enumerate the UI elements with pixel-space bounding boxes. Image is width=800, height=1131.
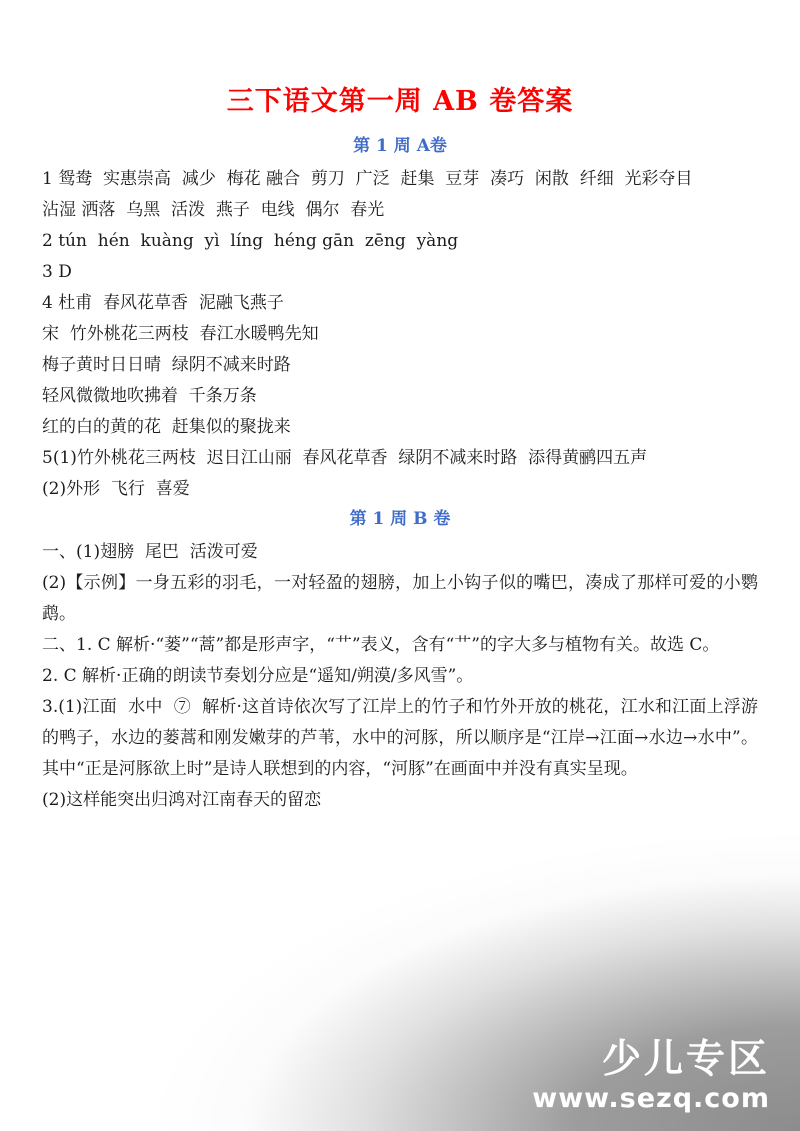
answer-line: 梅子黄时日日晴 绿阴不减来时路: [42, 350, 758, 381]
answer-line: 红的白的黄的花 赶集似的聚拢来: [42, 412, 758, 443]
answer-line: 3.(1)江面 水中 ⑦ 解析·这首诗依次写了江岸上的竹子和竹外开放的桃花，江水…: [42, 692, 758, 785]
answer-line: 4 杜甫 春风花草香 泥融飞燕子: [42, 288, 758, 319]
document-page: 三下语文第一周 AB 卷答案 第 1 周 A卷 1 鸳鸯 实惠崇高 减少 梅花 …: [0, 0, 800, 1131]
answer-line: 2. C 解析·正确的朗读节奏划分应是“遥知/朔漠/多风雪”。: [42, 661, 758, 692]
answer-line: 1 鸳鸯 实惠崇高 减少 梅花 融合 剪刀 广泛 赶集 豆芽 凑巧 闲散 纤细 …: [42, 164, 758, 195]
answer-line: 宋 竹外桃花三两枝 春江水暖鸭先知: [42, 319, 758, 350]
watermark: 少儿专区 www.sezq.com: [532, 1037, 770, 1115]
answer-line: (2)外形 飞行 喜爱: [42, 474, 758, 505]
section-b-answers: 一、(1)翅膀 尾巴 活泼可爱 (2)【示例】一身五彩的羽毛，一对轻盈的翅膀，加…: [42, 537, 758, 816]
answer-line: 沾湿 洒落 乌黑 活泼 燕子 电线 偶尔 春光: [42, 195, 758, 226]
section-heading-week1-b: 第 1 周 B 卷: [42, 507, 758, 531]
answer-line: (2)这样能突出归鸿对江南春天的留恋: [42, 785, 758, 816]
section-a-answers: 1 鸳鸯 实惠崇高 减少 梅花 融合 剪刀 广泛 赶集 豆芽 凑巧 闲散 纤细 …: [42, 164, 758, 505]
answer-line: 3 D: [42, 257, 758, 288]
answer-line: 二、1. C 解析·“蒌”“蒿”都是形声字，“艹”表义，含有“艹”的字大多与植物…: [42, 630, 758, 661]
answer-line: 5(1)竹外桃花三两枝 迟日江山丽 春风花草香 绿阴不减来时路 添得黄鹂四五声: [42, 443, 758, 474]
watermark-site-url: www.sezq.com: [532, 1083, 770, 1115]
answer-line: 轻风微微地吹拂着 千条万条: [42, 381, 758, 412]
answer-line: 2 tún hén kuàng yì líng héng gān zēng yà…: [42, 226, 758, 257]
answer-line: (2)【示例】一身五彩的羽毛，一对轻盈的翅膀，加上小钩子似的嘴巴，凑成了那样可爱…: [42, 568, 758, 630]
answer-line: 一、(1)翅膀 尾巴 活泼可爱: [42, 537, 758, 568]
watermark-brand: 少儿专区: [532, 1037, 770, 1083]
page-title: 三下语文第一周 AB 卷答案: [42, 84, 758, 120]
section-heading-week1-a: 第 1 周 A卷: [42, 134, 758, 158]
document-content: 三下语文第一周 AB 卷答案 第 1 周 A卷 1 鸳鸯 实惠崇高 减少 梅花 …: [0, 84, 800, 816]
